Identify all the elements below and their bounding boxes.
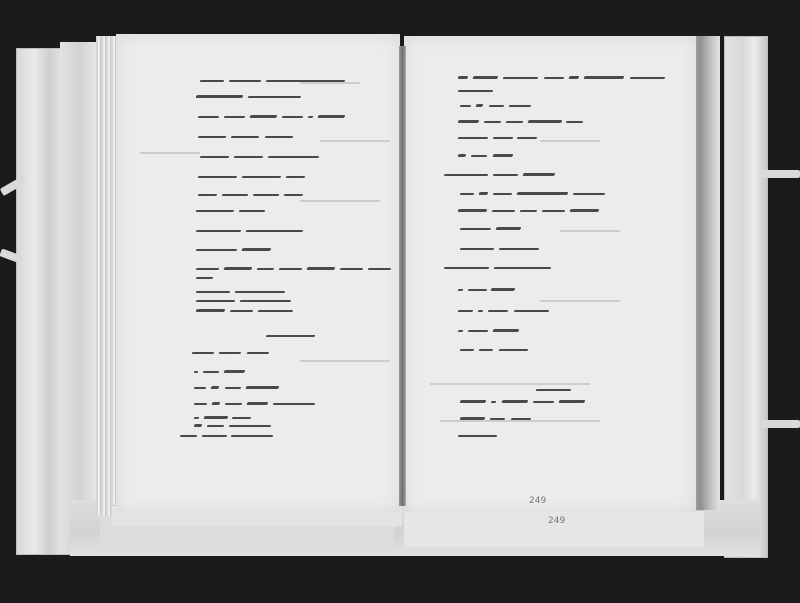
handwritten-line [196,245,276,257]
handwritten-line [460,189,610,201]
handwritten-line [536,385,576,397]
handwritten-line [196,226,308,238]
handwritten-line [458,73,670,85]
handwritten-line [444,263,556,275]
handwritten-line [458,285,520,297]
handwritten-line [196,264,396,276]
handwritten-line [458,117,588,129]
handwritten-line [198,172,310,184]
handwritten-line [266,331,320,343]
show-through-text [300,360,390,362]
handwritten-line [460,244,544,256]
show-through-text [560,230,620,232]
folio-number-mount: 249 [548,516,565,526]
handwritten-line [196,306,298,318]
handwritten-line [192,348,274,360]
handwritten-line [458,86,498,98]
handwritten-line [196,273,218,285]
handwritten-line [200,152,324,164]
show-through-text [140,152,200,154]
handwritten-line [196,206,270,218]
handwritten-line [458,306,554,318]
handwritten-line [200,76,350,88]
handwritten-line [444,170,560,182]
right-lower-strap [760,420,800,428]
handwritten-line [198,112,350,124]
handwritten-line [194,399,320,411]
handwritten-line [198,132,298,144]
folio-number-page: 249 [529,496,546,506]
handwritten-line [460,101,536,113]
right-page-stack-edge [692,36,720,510]
handwritten-line [460,414,536,426]
handwritten-line [460,345,532,357]
handwritten-line [458,431,502,443]
show-through-text [300,200,380,202]
handwritten-line [460,397,590,409]
show-through-text [540,140,600,142]
handwritten-line [198,190,308,202]
handwritten-line [196,92,306,104]
handwritten-line [180,431,278,443]
handwritten-line [194,367,250,379]
handwritten-line [458,151,518,163]
right-upper-strap [760,170,800,178]
show-through-text [320,140,390,142]
show-through-text [540,300,620,302]
handwritten-line [194,383,284,395]
right-mount-board [724,36,768,558]
handwritten-line [458,133,542,145]
book-gutter [399,46,406,506]
handwritten-line [458,326,524,338]
handwritten-line [458,206,604,218]
handwritten-line [460,224,526,236]
